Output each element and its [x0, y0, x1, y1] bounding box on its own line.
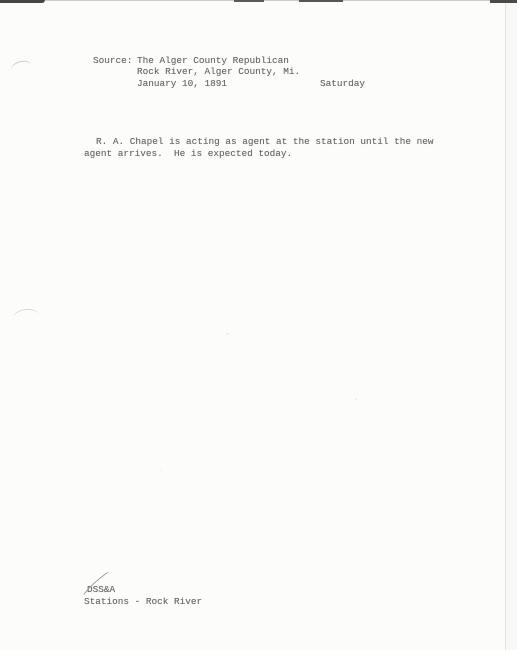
footer-railroad-code: DSS&A: [87, 585, 115, 594]
scan-top-edge-segment: [299, 0, 343, 2]
scan-top-edge-segment: [0, 0, 45, 3]
page-right-shading: [506, 0, 517, 650]
body-text-line: R. A. Chapel is acting as agent at the s…: [96, 137, 434, 146]
page-edge-line: [505, 0, 506, 650]
paper-speck: [160, 470, 162, 471]
citation-date: January 10, 1891: [137, 79, 227, 88]
footer-subject-heading: Stations - Rock River: [84, 597, 202, 606]
paper-speck: [355, 398, 357, 400]
paper-speck: [226, 333, 229, 335]
pencil-arc-mark: [12, 307, 40, 326]
scanned-document-page: Source: The Alger County Republican Rock…: [0, 0, 517, 650]
pencil-arc-mark: [10, 59, 34, 78]
scan-top-edge-segment: [490, 0, 517, 3]
citation-publication: The Alger County Republican: [137, 56, 289, 65]
scan-top-edge-segment: [234, 0, 264, 2]
body-text-line: agent arrives. He is expected today.: [84, 149, 292, 158]
citation-place: Rock River, Alger County, Mi.: [137, 67, 300, 76]
citation-day-of-week: Saturday: [320, 79, 365, 88]
source-label: Source:: [93, 56, 132, 65]
